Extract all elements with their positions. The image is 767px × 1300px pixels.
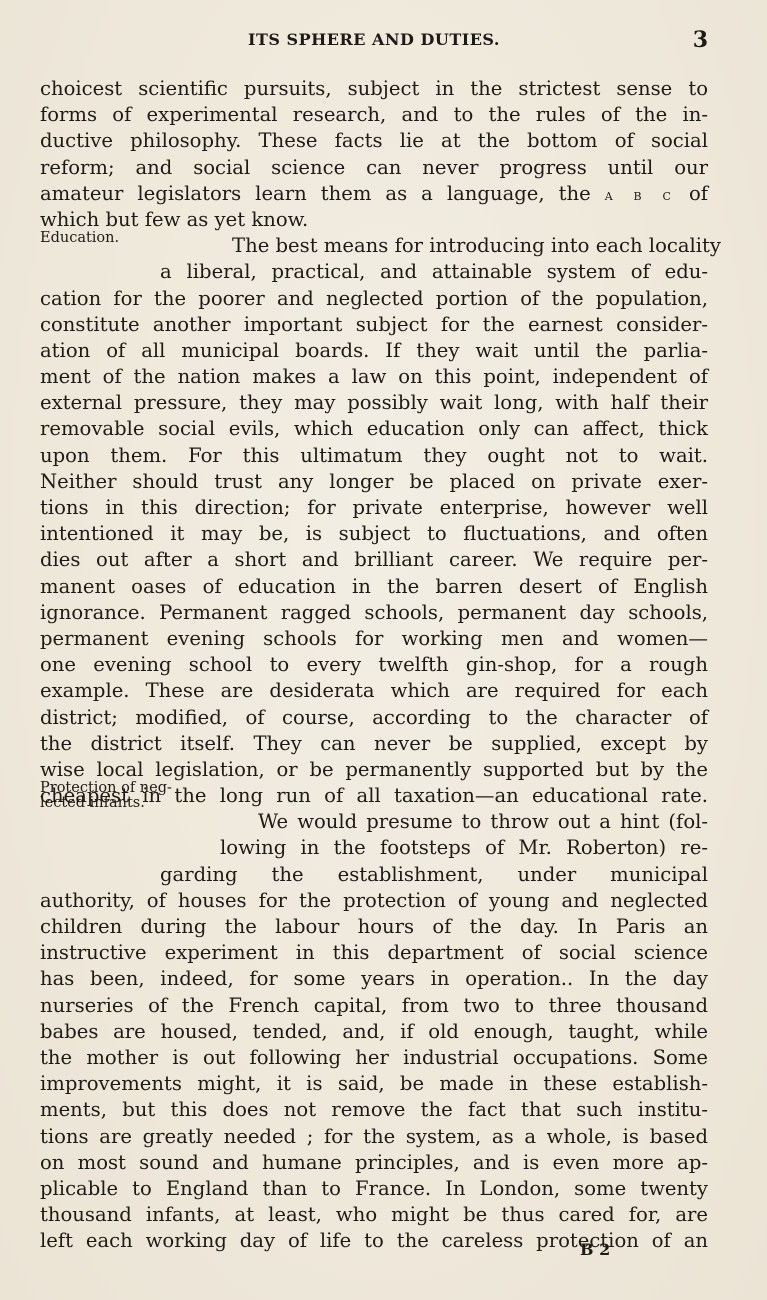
text-line: removable social evils, which education …	[40, 416, 708, 442]
text-line: permanent evening schools for working me…	[40, 626, 708, 652]
text-line: example. These are desiderata which are …	[40, 678, 708, 704]
text-line: thousand infants, at least, who might be…	[40, 1202, 708, 1228]
running-title: ITS SPHERE AND DUTIES.	[40, 30, 708, 49]
text-line: amateur legislators learn them as a lang…	[40, 181, 708, 207]
text-line: choicest scientific pursuits, subject in…	[40, 76, 708, 102]
text-span: of	[675, 182, 708, 205]
text-line: The best means for introducing into each…	[40, 233, 708, 259]
text-line: forms of experimental research, and to t…	[40, 102, 708, 128]
text-line: the mother is out following her industri…	[40, 1045, 708, 1071]
text-line: one evening school to every twelfth gin-…	[40, 652, 708, 678]
text-line: cation for the poorer and neglected port…	[40, 286, 708, 312]
text-line: district; modified, of course, according…	[40, 705, 708, 731]
text-line: garding the establishment, under municip…	[40, 862, 708, 888]
text-line: nurseries of the French capital, from tw…	[40, 993, 708, 1019]
text-line: a liberal, practical, and attainable sys…	[40, 259, 708, 285]
text-line: upon them. For this ultimatum they ought…	[40, 443, 708, 469]
text-line: lowing in the footsteps of Mr. Roberton)…	[40, 835, 708, 861]
text-line: dies out after a short and brilliant car…	[40, 547, 708, 573]
text-line: the district itself. They can never be s…	[40, 731, 708, 757]
text-line: external pressure, they may possibly wai…	[40, 390, 708, 416]
text-line: cheapest in the long run of all taxation…	[40, 783, 708, 809]
abc-small-caps: a b c	[605, 185, 675, 204]
text-line: ignorance. Permanent ragged schools, per…	[40, 600, 708, 626]
page-number: 3	[693, 27, 708, 53]
text-line: babes are housed, tended, and, if old en…	[40, 1019, 708, 1045]
text-line: ments, but this does not remove the fact…	[40, 1097, 708, 1123]
text-line: ation of all municipal boards. If they w…	[40, 338, 708, 364]
body-text: choicest scientific pursuits, subject in…	[40, 76, 708, 1254]
text-line: plicable to England than to France. In L…	[40, 1176, 708, 1202]
text-line: tions in this direction; for private ent…	[40, 495, 708, 521]
text-line: ment of the nation makes a law on this p…	[40, 364, 708, 390]
text-line: has been, indeed, for some years in oper…	[40, 966, 708, 992]
text-line: ductive philosophy. These facts lie at t…	[40, 128, 708, 154]
text-line: manent oases of education in the barren …	[40, 574, 708, 600]
text-line: improvements might, it is said, be made …	[40, 1071, 708, 1097]
text-line: which but few as yet know.	[40, 207, 708, 233]
text-line: instructive experiment in this departmen…	[40, 940, 708, 966]
text-line: children during the labour hours of the …	[40, 914, 708, 940]
signature-mark: B 2	[580, 1240, 610, 1259]
text-line: reform; and social science can never pro…	[40, 155, 708, 181]
text-line: Neither should trust any longer be place…	[40, 469, 708, 495]
running-head: ITS SPHERE AND DUTIES. 3	[40, 30, 708, 54]
text-span: amateur legislators learn them as a lang…	[40, 182, 591, 205]
book-page: ITS SPHERE AND DUTIES. 3 Education. Prot…	[0, 0, 767, 1300]
text-line: intentioned it may be, is subject to flu…	[40, 521, 708, 547]
text-line: authority, of houses for the protection …	[40, 888, 708, 914]
text-line: constitute another important subject for…	[40, 312, 708, 338]
text-line: We would presume to throw out a hint (fo…	[40, 809, 708, 835]
text-line: tions are greatly needed ; for the syste…	[40, 1124, 708, 1150]
text-line: wise local legislation, or be permanentl…	[40, 757, 708, 783]
text-line: on most sound and humane principles, and…	[40, 1150, 708, 1176]
